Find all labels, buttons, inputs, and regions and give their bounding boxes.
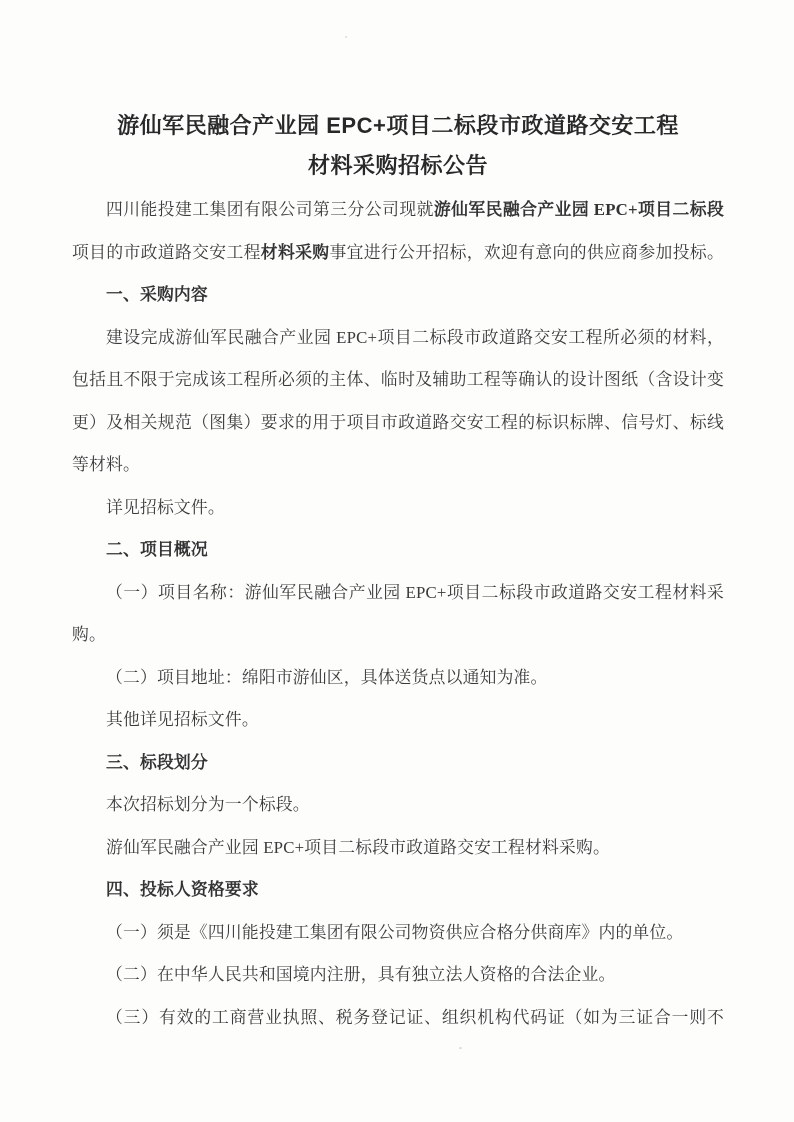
text-run: （一）须是《四川能投建工集团有限公司物资供应合格分供商库》内的单位。	[106, 923, 683, 942]
text-run: 项目的市政道路交安工程	[72, 243, 261, 262]
text-run: 更）及相关规范（图集）要求的用于项目市政道路交安工程的标识标牌、信号灯、标线	[72, 413, 724, 432]
text-line: 其他详见招标文件。	[72, 699, 724, 742]
text-run: 四川能投建工集团有限公司第三分公司现就	[106, 200, 434, 219]
scanned-document: { "page": { "background_color": "#fdfdfc…	[0, 0, 794, 1122]
text-run: 四、投标人资格要求	[106, 880, 259, 899]
section-heading: 二、项目概况	[72, 529, 724, 572]
section-heading: 一、采购内容	[72, 274, 724, 317]
text-run: （二）在中华人民共和国境内注册，具有独立法人资格的合法企业。	[106, 965, 615, 984]
text-line: 等材料。	[72, 444, 724, 487]
text-run: 三、标段划分	[106, 753, 208, 772]
text-run: 包括且不限于完成该工程所必须的主体、临时及辅助工程等确认的设计图纸（含设计变	[72, 370, 724, 389]
text-line: （一）须是《四川能投建工集团有限公司物资供应合格分供商库》内的单位。	[72, 912, 724, 955]
text-line: 包括且不限于完成该工程所必须的主体、临时及辅助工程等确认的设计图纸（含设计变	[72, 359, 724, 402]
text-run: 事宜进行公开招标，欢迎有意向的供应商参加投标。	[329, 243, 724, 262]
text-run: （二）项目地址：绵阳市游仙区，具体送货点以通知为准。	[106, 668, 548, 687]
text-line: （二）在中华人民共和国境内注册，具有独立法人资格的合法企业。	[72, 954, 724, 997]
text-line: 购。	[72, 614, 724, 657]
text-run: 购。	[72, 625, 106, 644]
scan-speck	[345, 36, 347, 38]
text-run: 其他详见招标文件。	[106, 710, 259, 729]
text-line: （一）项目名称：游仙军民融合产业园 EPC+项目二标段市政道路交安工程材料采	[72, 572, 724, 615]
text-line: （三）有效的工商营业执照、税务登记证、组织机构代码证（如为三证合一则不	[72, 997, 724, 1040]
text-run: 等材料。	[72, 455, 140, 474]
text-run: 游仙军民融合产业园 EPC+项目二标段市政道路交安工程材料采购。	[106, 838, 610, 857]
text-line: 详见招标文件。	[72, 487, 724, 530]
text-run: （三）有效的工商营业执照、税务登记证、组织机构代码证（如为三证合一则不	[106, 1008, 724, 1027]
document-page: 游仙军民融合产业园 EPC+项目二标段市政道路交安工程 材料采购招标公告 四川能…	[0, 0, 794, 1039]
text-line: 四川能投建工集团有限公司第三分公司现就游仙军民融合产业园 EPC+项目二标段	[72, 189, 724, 232]
text-run: 建设完成游仙军民融合产业园 EPC+项目二标段市政道路交安工程所必须的材料，	[106, 328, 724, 347]
text-line: 本次招标划分为一个标段。	[72, 784, 724, 827]
text-line: （二）项目地址：绵阳市游仙区，具体送货点以通知为准。	[72, 657, 724, 700]
text-run: 一、采购内容	[106, 285, 208, 304]
text-line: 游仙军民融合产业园 EPC+项目二标段市政道路交安工程材料采购。	[72, 827, 724, 870]
section-heading: 四、投标人资格要求	[72, 869, 724, 912]
text-line: 建设完成游仙军民融合产业园 EPC+项目二标段市政道路交安工程所必须的材料，	[72, 317, 724, 360]
section-heading: 三、标段划分	[72, 742, 724, 785]
text-run: 详见招标文件。	[106, 498, 225, 517]
text-run: 材料采购	[261, 243, 330, 262]
scan-speck	[459, 1047, 462, 1049]
text-run: 二、项目概况	[106, 540, 208, 559]
text-run: （一）项目名称：游仙军民融合产业园 EPC+项目二标段市政道路交安工程材料采	[106, 583, 724, 602]
scan-speck	[689, 257, 691, 259]
text-line: 项目的市政道路交安工程材料采购事宜进行公开招标，欢迎有意向的供应商参加投标。	[72, 232, 724, 275]
document-title-line-1: 游仙军民融合产业园 EPC+项目二标段市政道路交安工程	[72, 106, 724, 146]
text-run: 本次招标划分为一个标段。	[106, 795, 310, 814]
text-line: 更）及相关规范（图集）要求的用于项目市政道路交安工程的标识标牌、信号灯、标线	[72, 402, 724, 445]
document-body: 四川能投建工集团有限公司第三分公司现就游仙军民融合产业园 EPC+项目二标段项目…	[72, 189, 724, 1039]
text-run: 游仙军民融合产业园 EPC+项目二标段	[434, 200, 724, 219]
document-title-line-2: 材料采购招标公告	[72, 146, 724, 186]
